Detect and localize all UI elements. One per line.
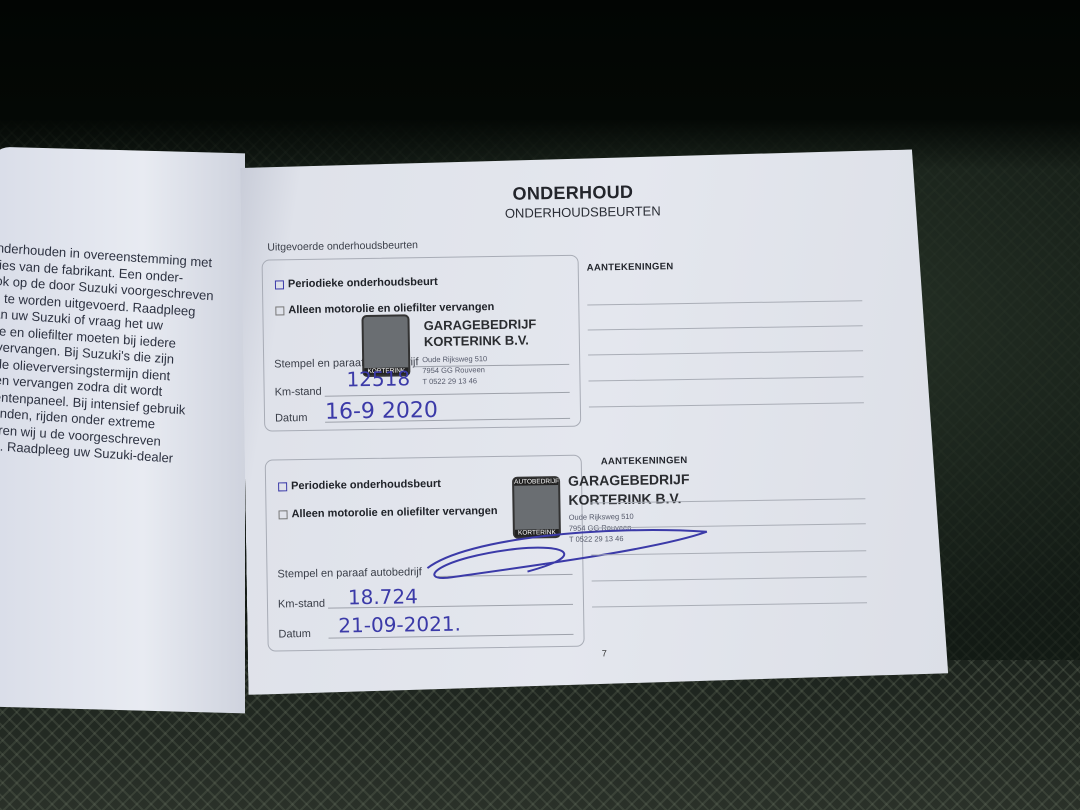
notes-line bbox=[592, 602, 867, 607]
stamp-name: GARAGEBEDRIJF KORTERINK B.V. bbox=[568, 470, 690, 510]
periodic-option: Periodieke onderhoudsbeurt bbox=[275, 276, 438, 291]
stamp-label: Stempel en paraaf autobedrijf bbox=[277, 566, 421, 580]
right-page: ONDERHOUD ONDERHOUDSBEURTEN Uitgevoerde … bbox=[240, 149, 948, 695]
stamp-address: Oude Rijksweg 510 7954 GG Rouveen T 0522… bbox=[422, 353, 488, 387]
km-value: 12518 bbox=[346, 366, 410, 391]
notes-label-2: AANTEKENINGEN bbox=[601, 455, 688, 467]
date-label: Datum bbox=[278, 628, 311, 641]
km-label: Km-stand bbox=[275, 386, 322, 399]
page-subtitle: ONDERHOUDSBEURTEN bbox=[505, 203, 661, 220]
notes-line bbox=[588, 325, 863, 330]
stamp-name: GARAGEBEDRIJF KORTERINK B.V. bbox=[424, 316, 537, 350]
checkbox-icon bbox=[275, 306, 284, 315]
notes-line bbox=[589, 376, 864, 381]
left-page-text: onderhouden in overeenstemming met cties… bbox=[0, 240, 230, 471]
service-entry-2: Periodieke onderhoudsbeurt Alleen motoro… bbox=[265, 455, 585, 652]
page-title: ONDERHOUD bbox=[512, 182, 633, 205]
date-value: 16-9 2020 bbox=[325, 398, 438, 425]
date-value: 21-09-2021. bbox=[338, 612, 461, 638]
section-label: Uitgevoerde onderhoudsbeurten bbox=[267, 239, 418, 253]
checkbox-icon bbox=[279, 510, 288, 519]
checkbox-icon bbox=[275, 280, 284, 289]
km-label: Km-stand bbox=[278, 598, 325, 611]
dark-shadow bbox=[0, 0, 1080, 170]
left-page: onderhouden in overeenstemming met cties… bbox=[0, 147, 245, 714]
date-label: Datum bbox=[275, 412, 308, 425]
notes-line bbox=[588, 350, 863, 355]
notes-label-1: AANTEKENINGEN bbox=[587, 261, 674, 273]
divider bbox=[325, 392, 570, 397]
periodic-option: Periodieke onderhoudsbeurt bbox=[278, 478, 441, 493]
notes-line bbox=[587, 300, 862, 305]
service-entry-1: Periodieke onderhoudsbeurt Alleen motoro… bbox=[262, 255, 582, 432]
checkbox-icon bbox=[278, 482, 287, 491]
km-value: 18.724 bbox=[348, 584, 418, 609]
page-number: 7 bbox=[602, 648, 607, 658]
oil-option: Alleen motorolie en oliefilter vervangen bbox=[278, 505, 497, 520]
notes-line bbox=[589, 402, 864, 407]
